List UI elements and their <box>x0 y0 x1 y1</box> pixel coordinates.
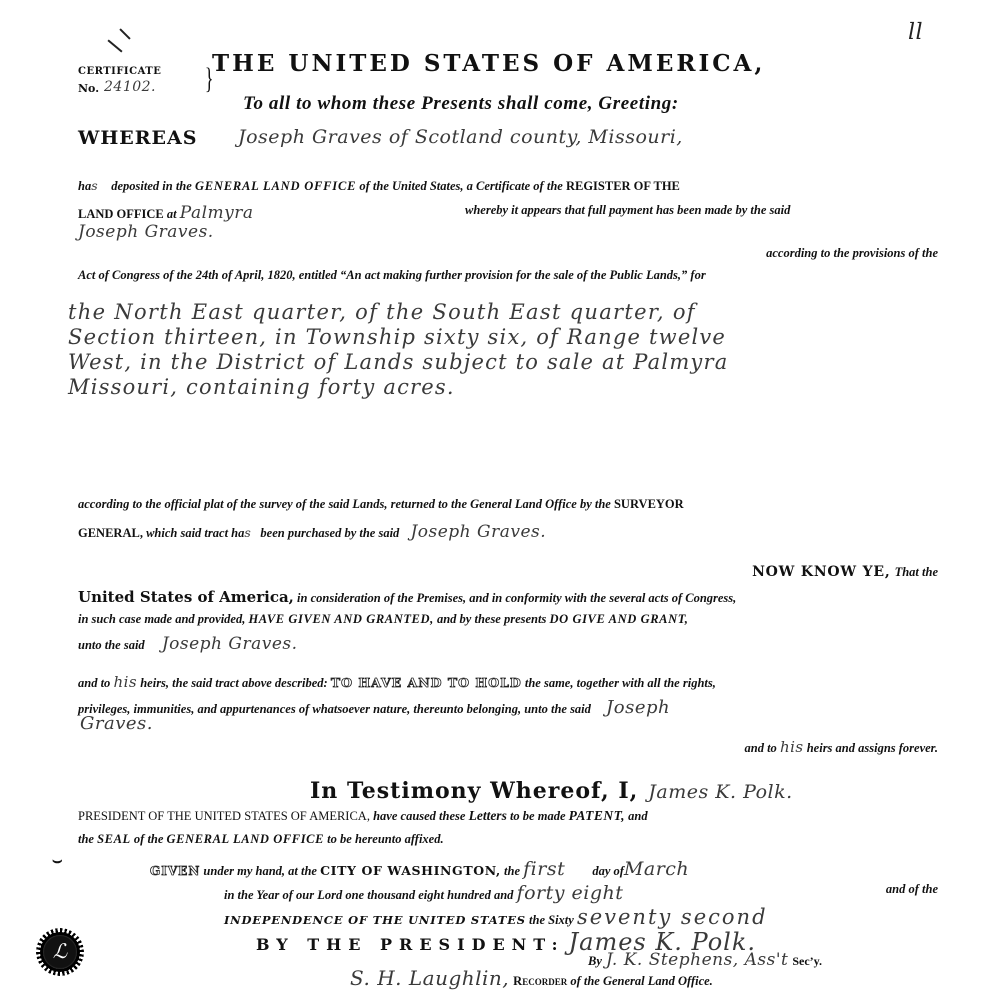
has-handwritten: s <box>91 178 98 193</box>
text: which said tract ha <box>146 526 244 540</box>
month-handwritten: March <box>624 858 689 880</box>
text: under my hand, at the <box>203 864 317 878</box>
text: and <box>628 809 647 823</box>
certificate-number: 24102. <box>104 79 156 95</box>
general-label: GENERAL, <box>78 526 143 540</box>
given-line-2: in the Year of our Lord one thousand eig… <box>224 882 623 904</box>
stray-mark <box>119 28 130 39</box>
land-description-line-1: the North East quarter, of the South Eas… <box>68 300 696 324</box>
seal-glyph: ℒ <box>40 939 80 963</box>
text: the Sixty <box>529 913 574 927</box>
text: in such case made and provided, <box>78 612 245 626</box>
grantee-handwritten-cont: Graves. <box>80 713 153 734</box>
grantee-handwritten: Joseph <box>606 697 670 718</box>
deposit-line-1: has deposited in the GENERAL LAND OFFICE… <box>78 178 680 194</box>
text: heirs and assigns forever. <box>807 741 938 755</box>
recorder-title: Recorder of the General Land Office. <box>513 974 713 988</box>
stray-mark <box>107 39 122 52</box>
given-line-3: INDEPENDENCE OF THE UNITED STATES the Si… <box>224 905 768 929</box>
text: day of <box>592 864 624 878</box>
land-description-line-3: West, in the District of Lands subject t… <box>68 350 728 374</box>
land-description-line-4: Missouri, containing forty acres. <box>68 375 455 399</box>
text: the <box>78 832 94 846</box>
city-label: CITY OF WASHINGTON, <box>320 863 501 878</box>
text: in consideration of the Premises, and in… <box>297 591 736 605</box>
grant-line-1: United States of America, in considerati… <box>78 588 736 606</box>
secy-label: Sec’y. <box>792 954 822 968</box>
independence-label: INDEPENDENCE OF THE UNITED STATES <box>224 913 526 927</box>
text: Certificate of the <box>476 179 563 193</box>
do-give-and-grant: DO GIVE AND GRANT, <box>549 612 688 626</box>
text: have caused these <box>373 809 465 823</box>
grant-line-5: privileges, immunities, and appurtenance… <box>78 697 670 718</box>
testimony-line: In Testimony Whereof, I, James K. Polk. <box>310 778 793 804</box>
text: unto the said <box>78 638 145 652</box>
independence-year-handwritten: seventy second <box>577 905 768 929</box>
grant-line-4: and to his heirs, the said tract above d… <box>78 673 716 691</box>
by-the-president-label: BY THE PRESIDENT: <box>256 935 565 954</box>
text: deposited in the <box>111 179 192 193</box>
land-office-label: LAND OFFICE <box>78 207 164 221</box>
whereas-label: WHEREAS <box>78 127 198 149</box>
text: heirs, the said tract above described: <box>140 676 327 690</box>
surveyor-label: SURVEYOR <box>614 497 684 511</box>
certificate-no-label: No. <box>78 82 99 95</box>
recorder-signature: S. H. Laughlin, <box>350 966 509 990</box>
text: at <box>167 207 177 221</box>
text: the same, together with all the rights, <box>525 676 716 690</box>
president-label: PRESIDENT OF THE UNITED STATES OF AMERIC… <box>78 809 370 823</box>
greeting: To all to whom these Presents shall come… <box>243 93 679 115</box>
grant-line-3: unto the said Joseph Graves. <box>78 634 298 654</box>
has-prefix: ha <box>78 179 91 193</box>
and-of-the: and of the <box>886 882 938 897</box>
have-given-and-granted: HAVE GIVEN AND GRANTED, <box>248 612 433 626</box>
general-land-office: GENERAL LAND OFFICE <box>195 179 356 193</box>
register-label: REGISTER OF THE <box>566 179 680 193</box>
now-know-ye: NOW KNOW YE, <box>752 564 891 580</box>
text: privileges, immunities, and appurtenance… <box>78 702 591 716</box>
text: been purchased by the said <box>260 526 399 540</box>
text: in the Year of our Lord one thousand eig… <box>224 888 513 902</box>
text: of the General Land Office. <box>570 974 712 988</box>
recorder-label: Recorder <box>513 974 567 988</box>
deposit-line-5: Act of Congress of the 24th of April, 18… <box>78 268 706 283</box>
recorder-line: S. H. Laughlin, Recorder of the General … <box>350 966 713 990</box>
grantee-handwritten: Joseph Graves of Scotland county, Missou… <box>238 126 683 148</box>
certificate-label: CERTIFICATE <box>78 66 161 77</box>
survey-line-1: according to the official plat of the su… <box>78 497 684 512</box>
text: of the United States, a <box>359 179 473 193</box>
usa-label: United States of America, <box>78 588 294 606</box>
text: and to <box>78 676 110 690</box>
grant-line-7: and to his heirs and assigns forever. <box>745 738 939 756</box>
survey-line-2: GENERAL, which said tract has been purch… <box>78 522 546 542</box>
seal-label: SEAL <box>97 832 131 846</box>
purchaser-handwritten: Joseph Graves. <box>410 522 546 542</box>
now-know-ye-line: NOW KNOW YE, That the <box>752 563 938 581</box>
day-handwritten: first <box>523 858 565 880</box>
president-handwritten: James K. Polk. <box>648 781 792 803</box>
stray-mark-c: ⌣ <box>52 852 63 870</box>
testimony-heading: In Testimony Whereof, I, <box>310 778 638 804</box>
deposit-line-2: LAND OFFICE at Palmyra <box>78 203 254 223</box>
place-handwritten: Palmyra <box>180 203 254 223</box>
deposit-line-2-right: whereby it appears that full payment has… <box>465 203 790 218</box>
payer-handwritten: Joseph Graves. <box>78 222 214 242</box>
land-description-line-2: Section thirteen, in Township sixty six,… <box>68 325 726 349</box>
to-have-and-to-hold: TO HAVE AND TO HOLD <box>331 675 522 690</box>
testimony-line-2: the SEAL of the GENERAL LAND OFFICE to b… <box>78 832 444 847</box>
year-handwritten: forty eight <box>517 882 624 904</box>
grantee-handwritten: Joseph Graves. <box>162 634 298 654</box>
testimony-line-1: PRESIDENT OF THE UNITED STATES OF AMERIC… <box>78 808 648 824</box>
text: and by these presents <box>437 612 546 626</box>
letters-label: Letters <box>469 808 507 823</box>
grant-line-2: in such case made and provided, HAVE GIV… <box>78 612 689 627</box>
eagle-seal-icon: ℒ <box>40 932 80 972</box>
text: of the <box>134 832 164 846</box>
given-label: GIVEN <box>150 864 200 878</box>
corner-annotation: ll <box>908 20 923 45</box>
text: the <box>504 864 520 878</box>
text: to be made <box>510 809 566 823</box>
document-title: THE UNITED STATES OF AMERICA, <box>212 50 765 77</box>
patent-label: PATENT, <box>569 808 625 823</box>
general-land-office: GENERAL LAND OFFICE <box>167 832 325 846</box>
text: That the <box>895 565 938 579</box>
text: to be hereunto affixed. <box>327 832 443 846</box>
his-handwritten: his <box>780 738 804 756</box>
text: according to the official plat of the su… <box>78 497 611 511</box>
deposit-line-4: according to the provisions of the <box>766 246 938 261</box>
his-handwritten: his <box>113 673 137 691</box>
has-handwritten: s <box>244 525 251 540</box>
text: and to <box>745 741 777 755</box>
given-line-1: GIVEN under my hand, at the CITY OF WASH… <box>150 858 689 880</box>
